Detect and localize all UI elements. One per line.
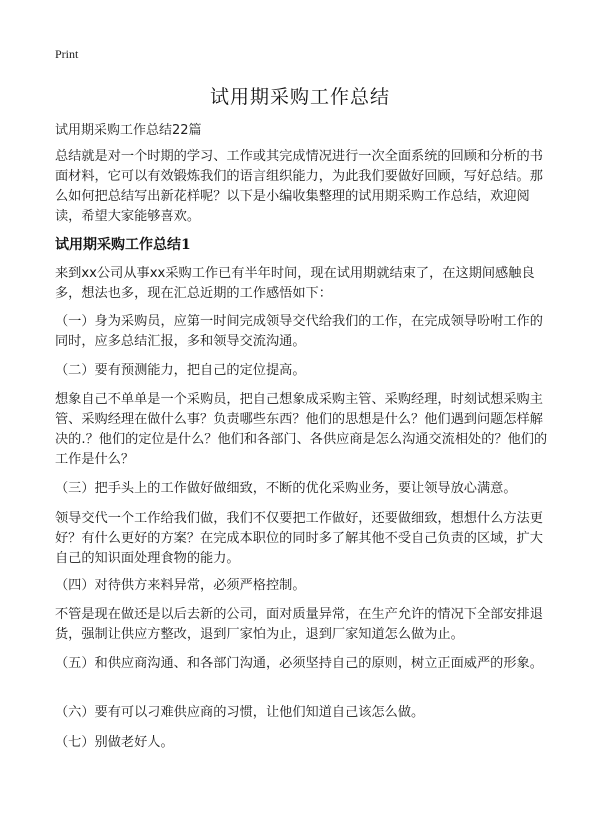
paragraph-1: 来到xx公司从事xx采购工作已有半年时间，现在试用期就结束了，在这期间感触良多，… xyxy=(55,264,555,304)
paragraph-8: 不管是现在做还是以后去新的公司，面对质量异常，在生产允许的情况下全部安排退货，强… xyxy=(55,605,555,645)
paragraph-6: 领导交代一个工作给我们做，我们不仅要把工作做好，还要做细致，想想什么方法更好？有… xyxy=(55,509,555,569)
intro-paragraph: 总结就是对一个时期的学习、工作或其完成情况进行一次全面系统的回顾和分析的书面材料… xyxy=(55,147,555,227)
paragraph-5: （三）把手头上的工作做好做细致，不断的优化采购业务，要让领导放心满意。 xyxy=(55,479,555,499)
paragraph-11: （七）别做老好人。 xyxy=(55,733,555,753)
paragraph-3: （二）要有预测能力，把自己的定位提高。 xyxy=(55,361,555,381)
paragraph-7: （四）对待供方来料异常，必须严格控制。 xyxy=(55,576,555,596)
paragraph-10: （六）要有可以刁难供应商的习惯，让他们知道自己该怎么做。 xyxy=(55,703,555,723)
paragraph-9: （五）和供应商沟通、和各部门沟通，必须坚持自己的原则，树立正面威严的形象。 xyxy=(55,654,555,674)
section-heading: 试用期采购工作总结1 xyxy=(55,234,191,254)
paragraph-4: 想象自己不单单是一个采购员，把自己想象成采购主管、采购经理，时刻试想采购主管、采… xyxy=(55,390,555,470)
page-title: 试用期采购工作总结 xyxy=(0,82,600,109)
print-label: Print xyxy=(55,47,78,62)
document-subtitle: 试用期采购工作总结22篇 xyxy=(55,119,202,138)
paragraph-2: （一）身为采购员，应第一时间完成领导交代给我们的工作，在完成领导吩咐工作的同时，… xyxy=(55,312,555,352)
